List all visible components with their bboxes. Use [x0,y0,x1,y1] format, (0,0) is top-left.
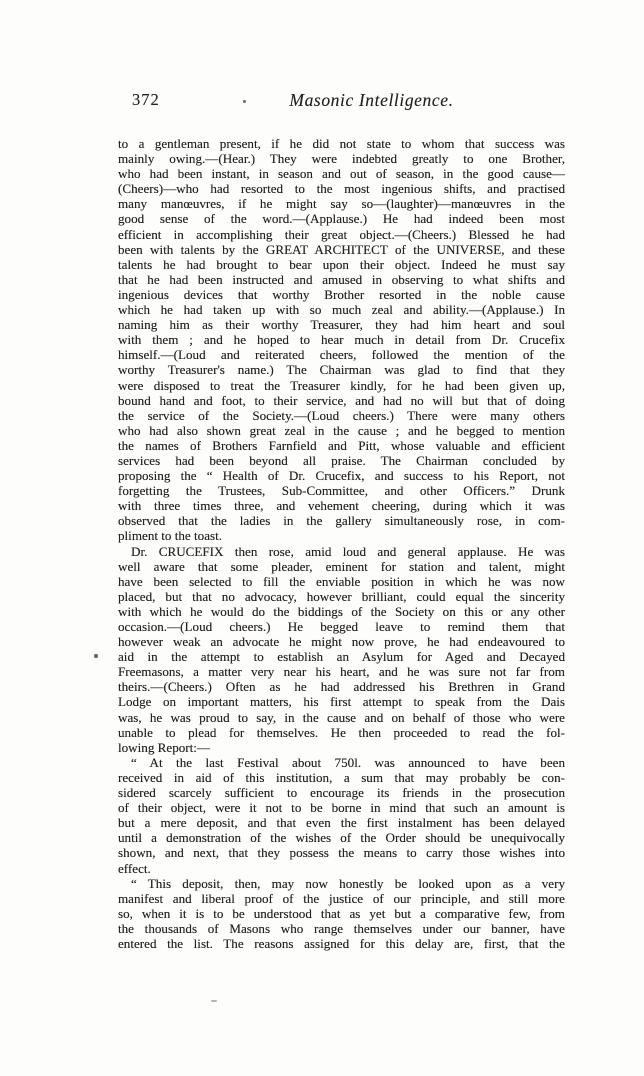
text-line: bound hand and foot, to their service, a… [118,393,565,408]
page-number: 372 [132,90,160,110]
text-line: lowing Report:— [118,740,565,755]
text-line: naming him as their worthy Treasurer, th… [118,317,565,332]
text-line: effect. [118,861,565,876]
text-line: “ This deposit, then, may now honestly b… [118,876,565,891]
text-line: who had been instant, in season and out … [118,166,565,181]
text-line: however weak an advocate he might now pr… [118,634,565,649]
text-line: “ At the last Festival about 750l. was a… [118,755,565,770]
text-line: efficient in accomplishing their great o… [118,227,565,242]
text-line: was, he was proud to say, in the cause a… [118,710,565,725]
text-line: aid in the attempt to establish an Asylu… [118,649,565,664]
ink-speck [211,1000,217,1002]
paragraph: “ At the last Festival about 750l. was a… [118,755,565,876]
text-line: have been selected to fill the enviable … [118,574,565,589]
text-line: were disposed to treat the Treasurer kin… [118,378,565,393]
text-line: entered the list. The reasons assigned f… [118,936,565,951]
text-line: Lodge on important matters, his first at… [118,694,565,709]
text-line: of their object, were it not to be borne… [118,800,565,815]
text-line: which he had taken up with so much zeal … [118,302,565,317]
text-line: theirs.—(Cheers.) Often as he had addres… [118,679,565,694]
text-line: the thousands of Masons who range themse… [118,921,565,936]
text-line: with them ; and he hoped to hear much in… [118,332,565,347]
text-line: until a demonstration of the wishes of t… [118,830,565,845]
text-line: with which he would do the biddings of t… [118,604,565,619]
text-line: placed, but that no advocacy, however br… [118,589,565,604]
text-line: mainly owing.—(Hear.) They were indebted… [118,151,565,166]
running-head: Masonic Intelligence. [178,90,565,111]
text-line: pliment to the toast. [118,528,565,543]
text-line: observed that the ladies in the gallery … [118,513,565,528]
text-line: Dr. CRUCEFIX then rose, amid loud and ge… [118,544,565,559]
text-line: good sense of the word.—(Applause.) He h… [118,211,565,226]
text-line: with three times three, and vehement che… [118,498,565,513]
scanned-page: 372 Masonic Intelligence. to a gentleman… [0,0,644,1076]
text-line: himself.—(Loud and reiterated cheers, fo… [118,347,565,362]
text-line: forgetting the Trustees, Sub-Committee, … [118,483,565,498]
paragraph: Dr. CRUCEFIX then rose, amid loud and ge… [118,544,565,755]
text-line: (Cheers)—who had resorted to the most in… [118,181,565,196]
text-line: Freemasons, a matter very near his heart… [118,664,565,679]
text-line: occasion.—(Loud cheers.) He begged leave… [118,619,565,634]
text-line: unable to plead for themselves. He then … [118,725,565,740]
ink-speck [243,100,246,103]
text-line: talents he had brought to bear upon thei… [118,257,565,272]
text-line: to a gentleman present, if he did not st… [118,136,565,151]
text-line: manifest and liberal proof of the justic… [118,891,565,906]
text-line: well aware that some pleader, eminent fo… [118,559,565,574]
text-line: proposing the “ Health of Dr. Crucefix, … [118,468,565,483]
text-line: worthy Treasurer's name.) The Chairman w… [118,362,565,377]
text-line: been with talents by the GREAT ARCHITECT… [118,242,565,257]
text-line: shown, and next, that they possess the m… [118,845,565,860]
text-line: but a mere deposit, and that even the fi… [118,815,565,830]
text-line: sidered scarcely sufficient to encourage… [118,785,565,800]
text-line: who had also shown great zeal in the cau… [118,423,565,438]
text-line: many manœuvres, if he might say so—(laug… [118,196,565,211]
text-line: that he had been instructed and amused i… [118,272,565,287]
text-line: services had been beyond all praise. The… [118,453,565,468]
text-line: received in aid of this institution, a s… [118,770,565,785]
paragraph: to a gentleman present, if he did not st… [118,136,565,544]
paragraph: “ This deposit, then, may now honestly b… [118,876,565,951]
body-text: to a gentleman present, if he did not st… [118,136,565,951]
ink-speck [94,654,98,658]
text-line: ingenious devices that worthy Brother re… [118,287,565,302]
text-line: so, when it is to be understood that as … [118,906,565,921]
text-line: the service of the Society.—(Loud cheers… [118,408,565,423]
page-header: 372 Masonic Intelligence. [118,90,565,116]
text-line: the names of Brothers Farnfield and Pitt… [118,438,565,453]
